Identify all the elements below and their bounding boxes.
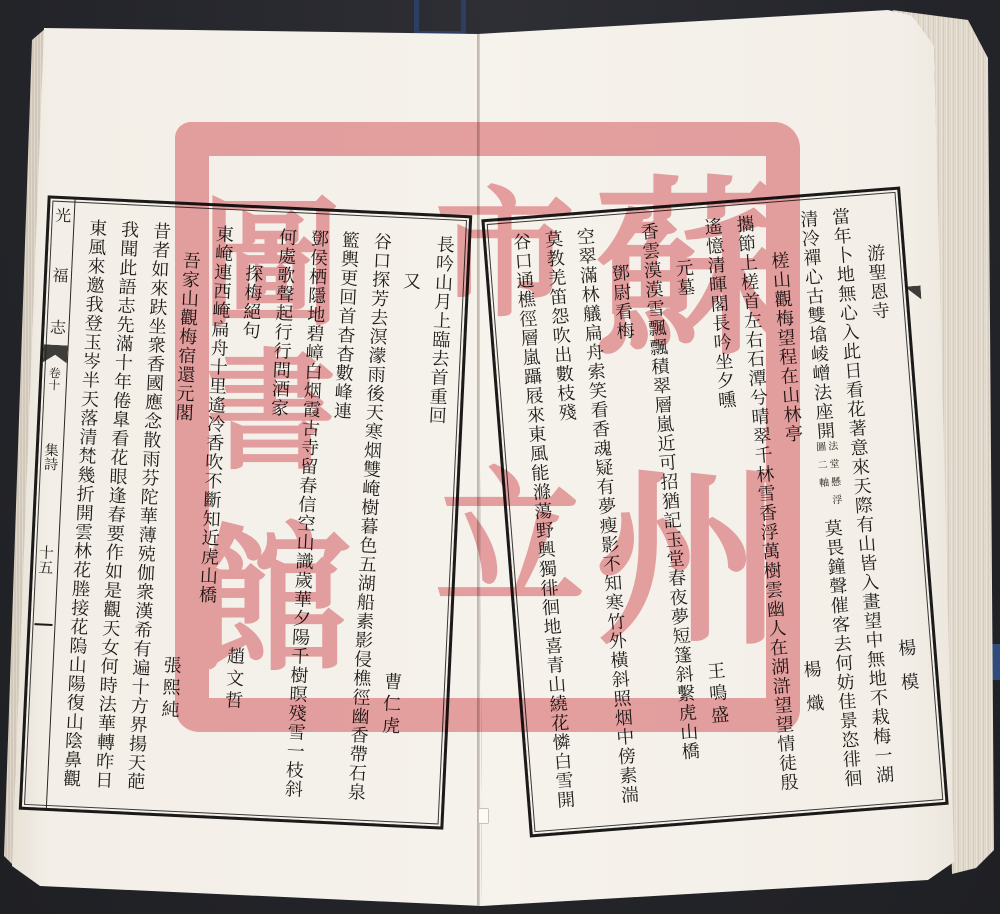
- background-object: [414, 0, 466, 36]
- binding-thread: [478, 808, 489, 824]
- interlinear-note: 法堂懸浮 圖二軸: [814, 440, 842, 519]
- margin-volume: 卷十: [42, 366, 67, 391]
- library-seal-stamp: 蘇 州 市 立 圖 書 館: [175, 122, 800, 732]
- margin-section: 集詩: [38, 442, 63, 471]
- seal-char: 館: [191, 520, 351, 680]
- seal-char: 立: [435, 465, 585, 615]
- open-book-photo: 光 福 志 卷十 集詩 十五 長吟山月上臨去首重回 又 曹仁虎 谷口探芳去溟濛雨…: [0, 0, 1000, 914]
- poem-author: 楊熾: [799, 659, 826, 729]
- seal-char: 圖: [201, 195, 341, 335]
- poem-author: 楊模: [894, 638, 921, 708]
- seal-char: 書: [206, 347, 336, 477]
- seal-char: 蘇: [595, 175, 785, 365]
- fishtail-mark: [43, 344, 68, 363]
- margin-rule: [34, 623, 52, 626]
- margin-book-title-char: 光: [49, 206, 74, 223]
- seal-char: 市: [435, 185, 575, 325]
- margin-page-number: 十五: [33, 544, 58, 575]
- margin-book-title-char: 福: [47, 266, 72, 283]
- poem-title: 游聖恩寺: [862, 243, 890, 322]
- margin-book-title-char: 志: [44, 318, 69, 335]
- seal-char: 州: [595, 465, 785, 655]
